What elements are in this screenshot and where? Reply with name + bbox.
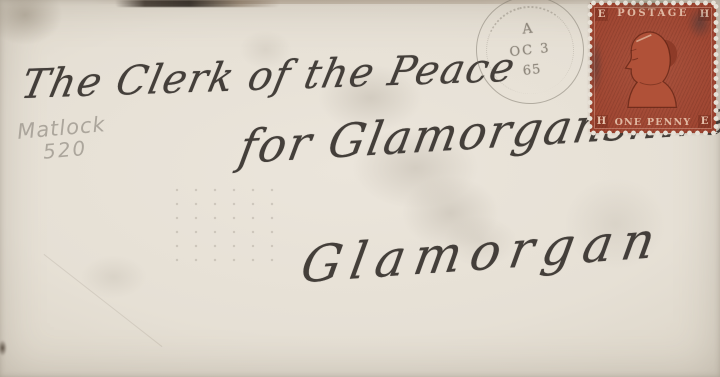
pencil-annotation: Matlock 520: [16, 112, 108, 166]
stamp-corner-letter-tl: E: [595, 8, 608, 21]
address-line-1: The Clerk of the Peace: [17, 45, 520, 109]
cancel-mark-smudge: [588, 29, 604, 103]
ink-speckles: [172, 186, 287, 271]
paper-crease: [44, 254, 163, 347]
cancel-mark-smudge: [684, 3, 716, 43]
edge-stain: [0, 338, 8, 358]
stamp-corner-letter-bl: H: [595, 115, 608, 128]
pencil-annotation-number: 520: [42, 134, 108, 164]
top-edge-smudge: [115, 0, 280, 7]
stain: [66, 246, 161, 308]
stamp-one-penny-label: ONE PENNY: [610, 117, 696, 128]
stamp-corner-letter-br: E: [698, 115, 711, 128]
envelope: Matlock 520 The Clerk of the Peace for G…: [0, 0, 720, 377]
top-edge-tinge: [90, 0, 650, 4]
corner-shadow: [0, 0, 75, 55]
cancel-mark-smudge: [614, 1, 674, 11]
postage-stamp: POSTAGE ONE PENNY E H H E: [590, 3, 716, 133]
address-line-3: Glamorgan: [297, 210, 669, 294]
postmark: A OC 3 65: [471, 0, 590, 109]
